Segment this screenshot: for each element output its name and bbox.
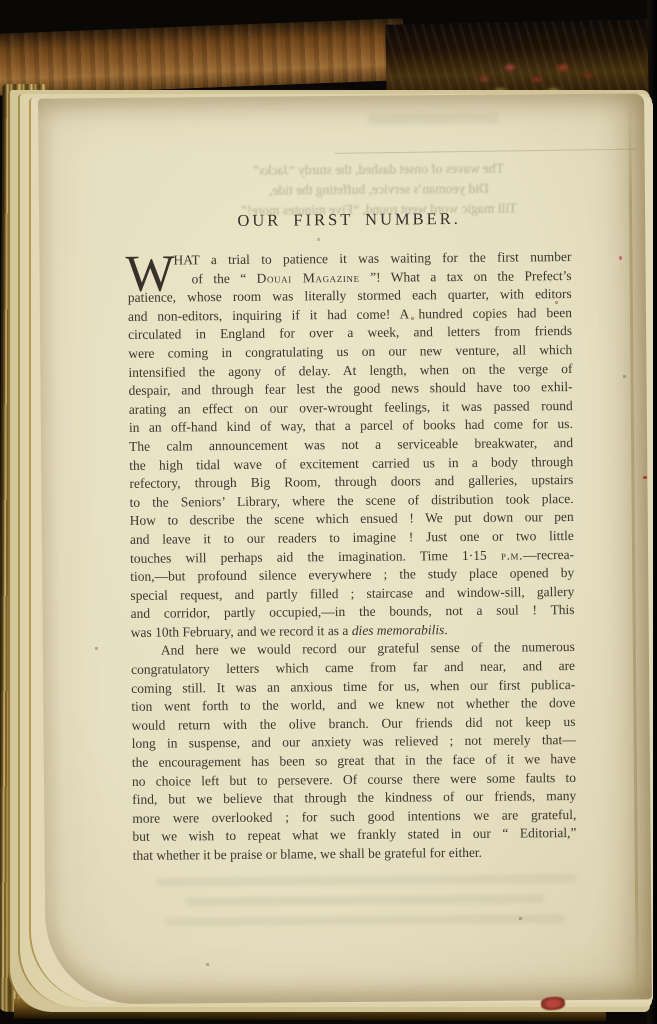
- drop-cap: W: [125, 253, 174, 295]
- show-through-smudge: [165, 914, 565, 926]
- text-line: that whether it be praise or blame, we s…: [133, 843, 577, 865]
- text-segment: was 10th February, and we record it as a: [131, 623, 352, 640]
- show-through-smudge: [368, 113, 498, 125]
- book-page: The waves of onset dashed, the sturdy “J…: [38, 93, 652, 1004]
- show-through-smudge: [157, 874, 577, 887]
- text-line: but we wish to repeat what we frankly st…: [132, 824, 576, 846]
- text-segment: .: [444, 622, 448, 637]
- paper-specks: [0, 0, 1, 1]
- pink-speck: [619, 256, 622, 260]
- text-segment: of the “: [192, 270, 257, 286]
- pm-small-caps: p.m.: [501, 547, 523, 562]
- magazine-name: Douai Magazine: [257, 269, 360, 285]
- show-through-smudge: [185, 894, 545, 906]
- text-segment: ”! What a tax on the Prefect’s: [360, 268, 572, 285]
- page-fold-line: [628, 93, 639, 999]
- red-speck: [643, 476, 647, 479]
- show-through-rule: [335, 149, 637, 154]
- body-text: W HAT a trial to patience it was waiting…: [127, 248, 576, 865]
- latin-phrase-italic: dies memorabilis: [352, 622, 445, 638]
- text-segment: touches will perhaps aid the imagination…: [130, 547, 501, 565]
- show-through-line: The waves of onset dashed, the sturdy “J…: [169, 160, 589, 180]
- text-segment: —recrea-: [523, 547, 574, 562]
- scanned-book-photo: { "page": { "title": "OUR FIRST NUMBER."…: [0, 0, 657, 1024]
- book-cover-spine-top: [0, 18, 405, 96]
- page-title: OUR FIRST NUMBER.: [127, 208, 571, 232]
- show-through-line: Did yeoman’s service, buffeting the tide…: [169, 180, 589, 200]
- text-line: and corridor, partly occupied,—in the bo…: [130, 601, 574, 623]
